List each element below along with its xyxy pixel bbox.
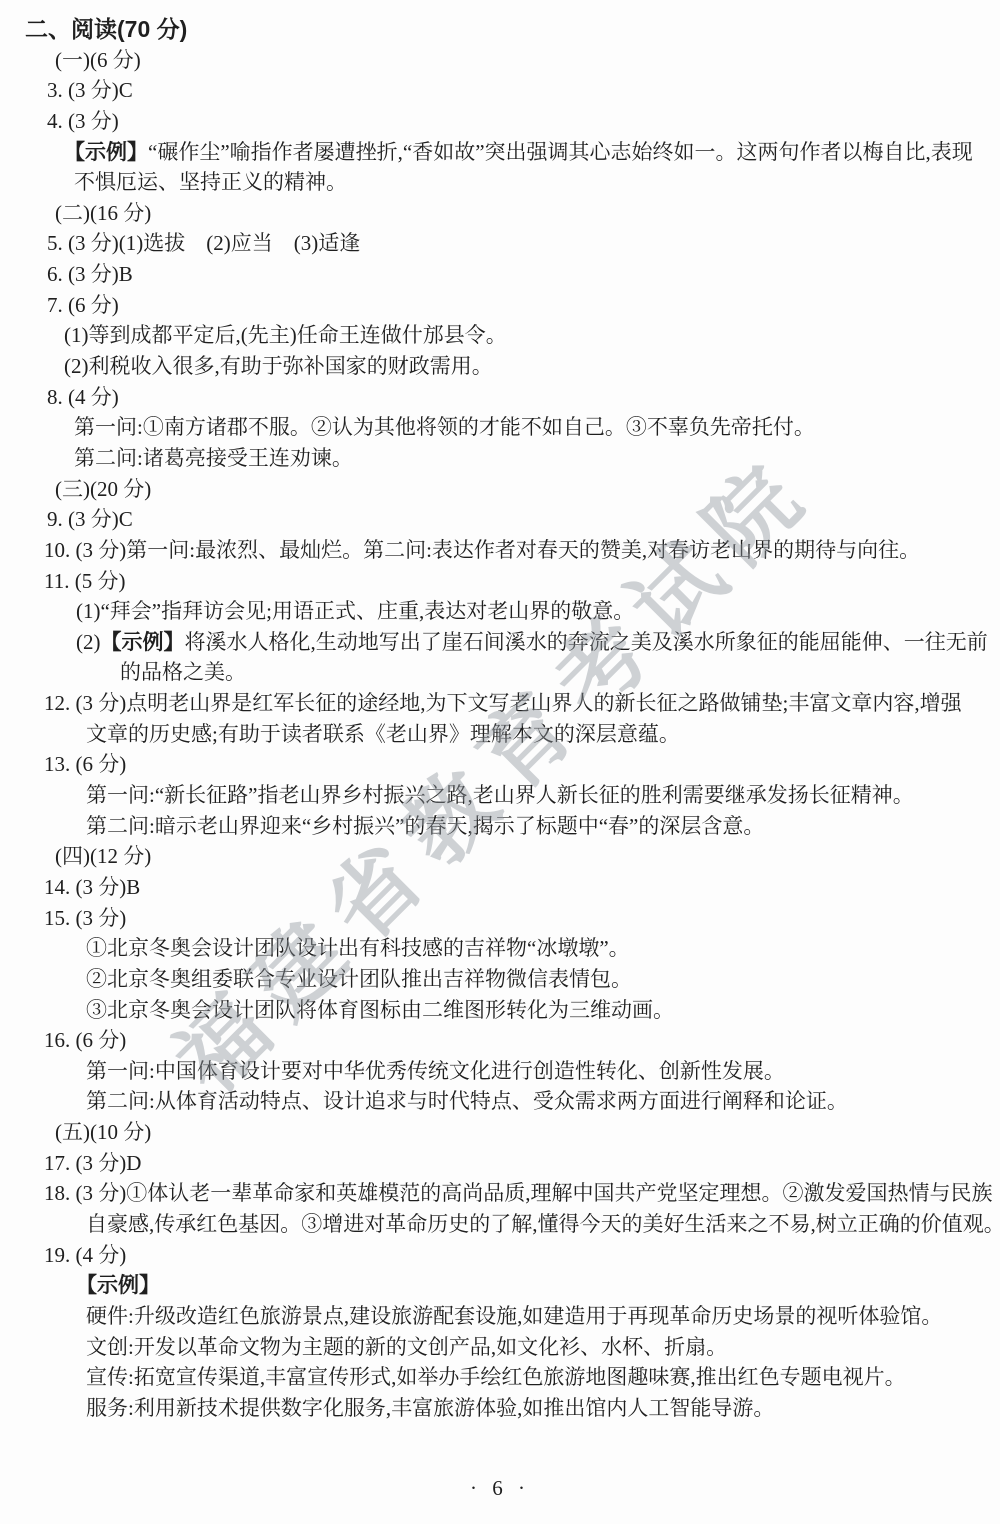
answer-line-q9: 9. (3 分)C (0, 504, 1000, 535)
answer-content: 二、阅读(70 分) (一)(6 分) 3. (3 分)C 4. (3 分) 【… (0, 14, 1000, 1423)
answer-prefix: (2) (76, 630, 101, 654)
answer-line-q7-2: (2)利税收入很多,有助于弥补国家的财政需用。 (0, 351, 1000, 382)
answer-line-q14: 14. (3 分)B (0, 872, 1000, 903)
answer-line-q11-2-cont: 的品格之美。 (0, 657, 1000, 688)
section-title-5: (五)(10 分) (0, 1117, 1000, 1148)
answer-line-q8: 8. (4 分) (0, 382, 1000, 413)
answer-line-q16-part1: 第一问:中国体育设计要对中华优秀传统文化进行创造性转化、创新性发展。 (0, 1056, 1000, 1087)
reading-section-heading: 二、阅读(70 分) (0, 14, 1000, 45)
answer-line-q15-3: ③北京冬奥会设计团队将体育图标由二维图形转化为三维动画。 (0, 995, 1000, 1026)
answer-line-q15: 15. (3 分) (0, 903, 1000, 934)
answer-line-q7-1: (1)等到成都平定后,(先主)任命王连做什邡县令。 (0, 320, 1000, 351)
example-label: 【示例】 (64, 141, 148, 164)
section-title-3: (三)(20 分) (0, 474, 1000, 505)
answer-line-q13-part1: 第一问:“新长征路”指老山界乡村振兴之路,老山界人新长征的胜利需要继承发扬长征精… (0, 780, 1000, 811)
answer-line-q19: 19. (4 分) (0, 1240, 1000, 1271)
answer-line-q7: 7. (6 分) (0, 290, 1000, 321)
answer-line-q13-part2: 第二问:暗示老山界迎来“乡村振兴”的春天,揭示了标题中“春”的深层含意。 (0, 811, 1000, 842)
answer-line-q18-cont: 自豪感,传承红色基因。③增进对革命历史的了解,懂得今天的美好生活来之不易,树立正… (0, 1209, 1000, 1240)
answer-line-q19-example: 【示例】 (0, 1270, 1000, 1301)
page-number: · 6 · (0, 1476, 1000, 1501)
answer-line-q8-part2: 第二问:诸葛亮接受王连劝谏。 (0, 443, 1000, 474)
answer-line-q6: 6. (3 分)B (0, 259, 1000, 290)
answer-sheet-page: 福建省教育考试院 二、阅读(70 分) (一)(6 分) 3. (3 分)C 4… (0, 0, 1000, 1524)
answer-line-q13: 13. (6 分) (0, 749, 1000, 780)
answer-line-q15-2: ②北京冬奥组委联合专业设计团队推出吉祥物微信表情包。 (0, 964, 1000, 995)
section-title-2: (二)(16 分) (0, 198, 1000, 229)
answer-line-q10: 10. (3 分)第一问:最浓烈、最灿烂。第二问:表达作者对春天的赞美,对春访老… (0, 535, 1000, 566)
example-label: 【示例】 (101, 631, 185, 654)
answer-line-q3: 3. (3 分)C (0, 75, 1000, 106)
answer-line-q8-part1: 第一问:①南方诸郡不服。②认为其他将领的才能不如自己。③不辜负先帝托付。 (0, 412, 1000, 443)
answer-line-q19-promotion: 宣传:拓宽宣传渠道,丰富宣传形式,如举办手绘红色旅游地图趣味赛,推出红色专题电视… (0, 1362, 1000, 1393)
answer-line-q15-1: ①北京冬奥会设计团队设计出有科技感的吉祥物“冰墩墩”。 (0, 933, 1000, 964)
answer-line-q17: 17. (3 分)D (0, 1148, 1000, 1179)
answer-line-q19-service: 服务:利用新技术提供数字化服务,丰富旅游体验,如推出馆内人工智能导游。 (0, 1393, 1000, 1424)
answer-line-q18: 18. (3 分)①体认老一辈革命家和英雄模范的高尚品质,理解中国共产党坚定理想… (0, 1178, 1000, 1209)
section-title-1: (一)(6 分) (0, 45, 1000, 76)
answer-line-q12-cont: 文章的历史感;有助于读者联系《老山界》理解本文的深层意蕴。 (0, 719, 1000, 750)
answer-line-q11-2: (2)【示例】将溪水人格化,生动地写出了崖石间溪水的奔流之美及溪水所象征的能屈能… (0, 627, 1000, 658)
section-title-4: (四)(12 分) (0, 841, 1000, 872)
answer-text: 将溪水人格化,生动地写出了崖石间溪水的奔流之美及溪水所象征的能屈能伸、一往无前 (185, 630, 988, 654)
answer-line-q16: 16. (6 分) (0, 1025, 1000, 1056)
answer-line-q11: 11. (5 分) (0, 566, 1000, 597)
example-label: 【示例】 (76, 1274, 160, 1297)
answer-line-q5: 5. (3 分)(1)选拔 (2)应当 (3)适逢 (0, 228, 1000, 259)
answer-line-q19-wenchuang: 文创:开发以革命文物为主题的新的文创产品,如文化衫、水杯、折扇。 (0, 1332, 1000, 1363)
answer-line-q16-part2: 第二问:从体育活动特点、设计追求与时代特点、受众需求两方面进行阐释和论证。 (0, 1086, 1000, 1117)
answer-line-q12: 12. (3 分)点明老山界是红军长征的途经地,为下文写老山界人的新长征之路做铺… (0, 688, 1000, 719)
answer-line-q19-hardware: 硬件:升级改造红色旅游景点,建设旅游配套设施,如建造用于再现革命历史场景的视听体… (0, 1301, 1000, 1332)
answer-line-q4-cont: 不惧厄运、坚持正义的精神。 (0, 167, 1000, 198)
answer-line-q11-1: (1)“拜会”指拜访会见;用语正式、庄重,表达对老山界的敬意。 (0, 596, 1000, 627)
answer-line-q4: 4. (3 分) (0, 106, 1000, 137)
answer-text: “碾作尘”喻指作者屡遭挫折,“香如故”突出强调其心志始终如一。这两句作者以梅自比… (148, 140, 973, 164)
answer-line-q4-example: 【示例】“碾作尘”喻指作者屡遭挫折,“香如故”突出强调其心志始终如一。这两句作者… (0, 137, 1000, 168)
